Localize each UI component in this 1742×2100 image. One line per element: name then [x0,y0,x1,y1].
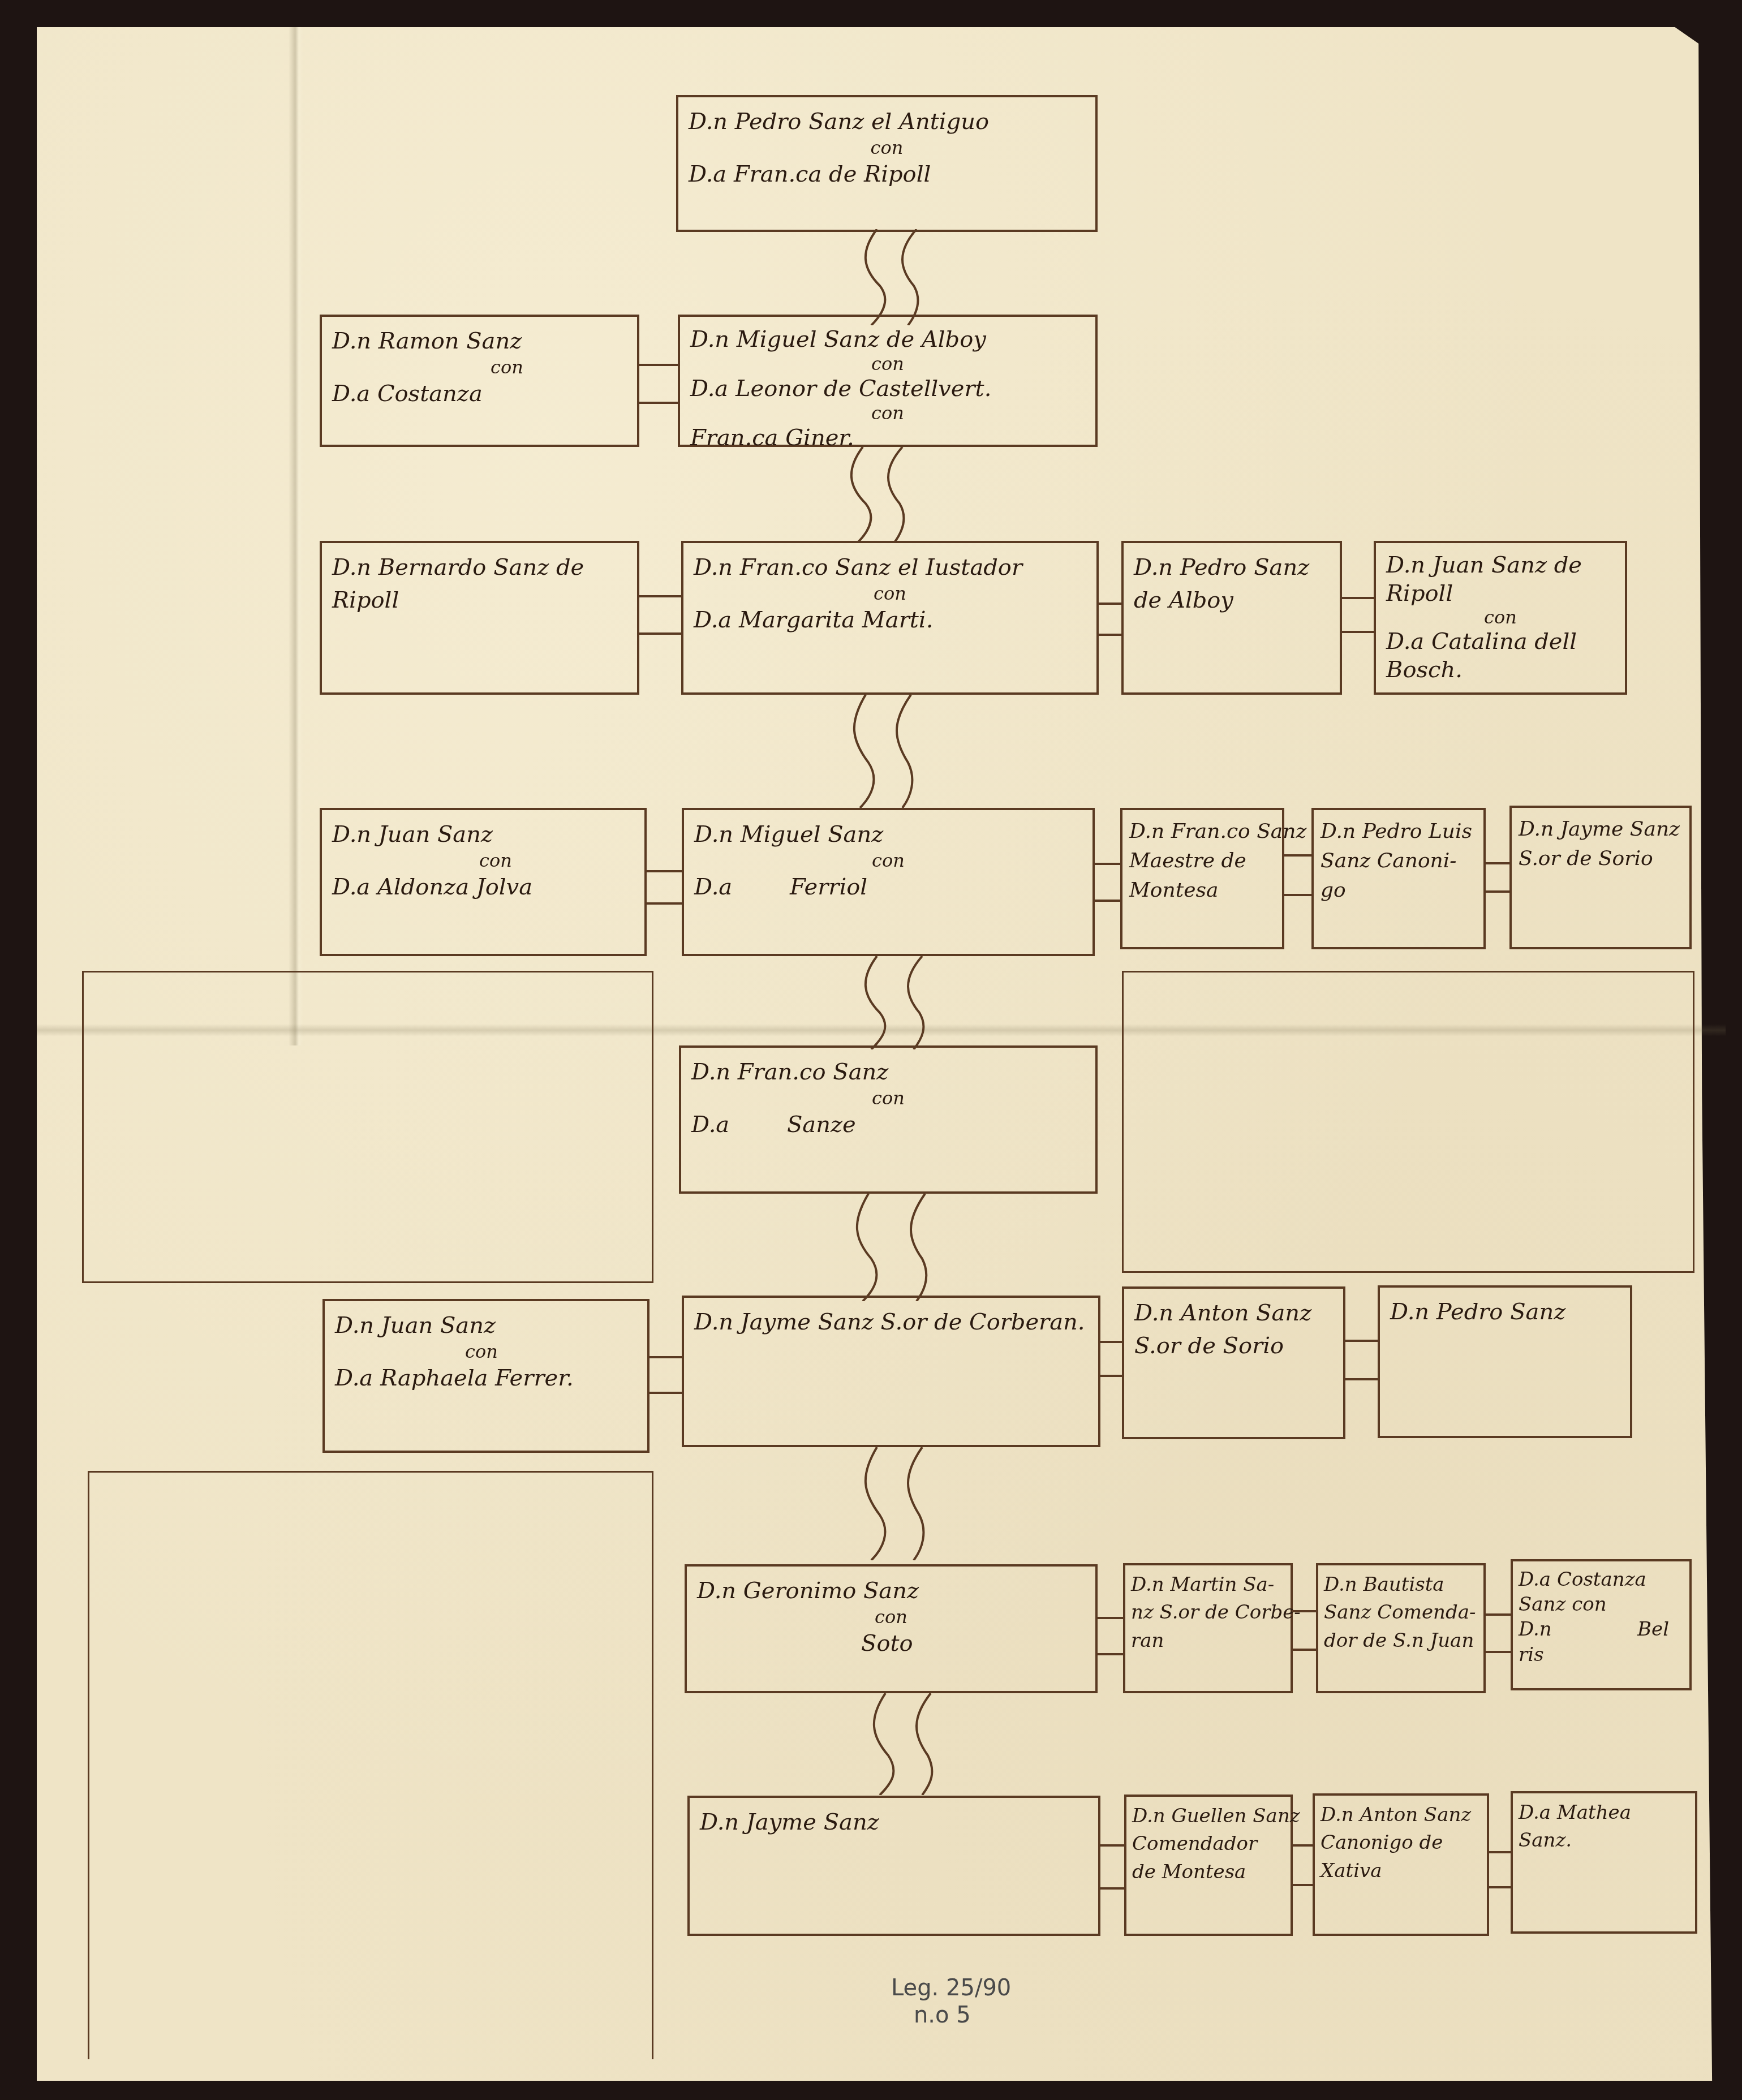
person-name: D.n Bautista [1324,1571,1478,1599]
archive-legajo: Leg. 25/90 [891,1974,1011,2002]
sibling-box-gen7-2: D.n Anton Sanz Canonigo de Xativa [1313,1793,1489,1936]
empty-box-left-gen4 [82,971,653,1283]
connector-line [1283,894,1311,896]
person-name: D.n Jayme Sanz [700,1806,1088,1839]
person-name: D.n Anton Sanz [1134,1297,1333,1329]
connector-line [1344,1340,1378,1342]
descent-link-icon [860,956,934,1049]
person-name-cont: Sanz. [1519,1827,1689,1854]
spouse-name: D.a Aldonza Jolva [332,871,634,903]
marriage-con: con [690,403,1085,423]
connector-line [1292,1884,1314,1886]
connector-line [1292,1610,1317,1612]
marriage-con: con [694,584,1086,604]
person-name: D.n Fran.co Sanz [691,1056,1085,1088]
connector-line [648,1392,682,1394]
marriage-con: con [332,358,627,377]
connector-line [1095,900,1121,902]
main-box-gen3: D.n Miguel Sanz con D.a Ferriol [682,808,1095,956]
sibling-box-gen3-2: D.n Pedro Luis Sanz Canoni- go [1311,808,1486,949]
connector-line [1099,1887,1125,1890]
connector-line [638,402,678,404]
sibling-box-gen6-1: D.n Martin Sa- nz S.or de Corbe- ran [1123,1563,1293,1693]
connector-line [1283,854,1311,857]
person-name: D.n Juan Sanz [335,1309,637,1342]
connector-line [1095,863,1121,865]
connector-line [1341,597,1374,599]
connector-line [1098,634,1123,636]
descent-link-icon [849,695,922,808]
connector-line [1488,1886,1512,1888]
sibling-box-gen5-2: D.n Pedro Sanz [1378,1285,1632,1438]
connector-line [1341,631,1374,633]
title: Canonigo de [1321,1829,1481,1857]
title-cont: de Montesa [1132,1858,1285,1886]
spouse-name-cont: ris [1519,1642,1684,1667]
left-box-gen2: D.n Bernardo Sanz de Ripoll [320,541,639,695]
connector-line [1485,890,1511,893]
vertical-fold-crease [289,27,303,1045]
person-name: D.a Mathea [1519,1799,1689,1827]
title-cont: Xativa [1321,1857,1481,1885]
sibling-box-gen6-2: D.n Bautista Sanz Comenda- dor de S.n Ju… [1316,1563,1486,1693]
marriage-con: con [690,354,1085,374]
person-name: D.n Juan Sanz de [1386,551,1615,579]
spouse-name: D.a Leonor de Castellvert. [690,374,1085,403]
person-name-cont: Ripoll [1386,579,1615,608]
person-name: D.n Martin Sa- [1131,1571,1285,1599]
connector-line [1485,862,1511,864]
person-name: D.n Guellen Sanz [1132,1802,1285,1830]
spouse-name: D.a Margarita Marti. [694,604,1086,636]
person-name: D.n Jayme Sanz [1519,815,1683,844]
descent-link-icon [860,229,928,325]
title-cont: Montesa [1129,876,1275,905]
title: S.or de Sorio [1519,844,1683,873]
person-name: D.n Pedro Sanz el Antiguo [689,105,1085,138]
marriage-con: con [689,138,1085,158]
sibling-box-gen7-3: D.a Mathea Sanz. [1511,1791,1697,1934]
marriage-con: con [332,851,634,871]
main-box-gen1: D.n Miguel Sanz de Alboy con D.a Leonor … [678,315,1098,447]
sibling-box-gen6-3: D.a Costanza Sanz con D.n Bel ris [1511,1559,1692,1690]
archive-number: n.o 5 [891,2002,1011,2029]
sibling-box-gen3-1: D.n Fran.co Sanz Maestre de Montesa [1120,808,1284,949]
sibling-box-gen5-1: D.n Anton Sanz S.or de Sorio [1122,1286,1345,1439]
connector-line [1488,1851,1512,1853]
spouse-name-cont: Bosch. [1386,656,1615,684]
spouse-name: D.a Raphaela Ferrer. [335,1362,637,1395]
left-box-gen3: D.n Juan Sanz con D.a Aldonza Jolva [320,808,647,956]
connector-line [1485,1613,1512,1616]
person-name: D.n Miguel Sanz de Alboy [690,325,1085,354]
main-box-gen5: D.n Jayme Sanz S.or de Corberan. [682,1296,1100,1447]
sibling-box-gen7-1: D.n Guellen Sanz Comendador de Montesa [1124,1795,1293,1936]
sibling-box-gen2-2: D.n Juan Sanz de Ripoll con D.a Catalina… [1374,541,1627,695]
person-name: D.n Ramon Sanz [332,325,627,358]
connector-line [1098,603,1123,605]
person-name: D.n Anton Sanz [1321,1801,1481,1829]
connector-line [1099,1341,1122,1343]
connector-line [638,632,681,635]
person-name: D.n Pedro Sanz [1134,551,1330,584]
connector-line [1292,1649,1317,1651]
main-box-gen7: D.n Jayme Sanz [687,1796,1100,1936]
title: Sanz Canoni- [1321,846,1477,876]
main-box-gen6: D.n Geronimo Sanz con Soto [685,1564,1098,1693]
marriage-con: con [697,1607,1085,1627]
title: Maestre de [1129,846,1275,876]
left-box-gen1: D.n Ramon Sanz con D.a Costanza [320,315,639,447]
spouse-name: D.a Sanze [691,1108,1085,1141]
marriage-con: con [694,851,1082,871]
descent-link-icon [846,447,914,543]
connector-line [1098,1653,1123,1655]
title-cont: go [1321,876,1477,905]
spouse-name: D.n Bel [1519,1617,1684,1642]
connector-line [646,870,682,872]
marriage-con: Sanz con [1519,1592,1684,1617]
person-name: D.n Pedro Sanz [1390,1296,1620,1328]
person-name: D.a Costanza [1519,1567,1684,1592]
spouse-name: D.a Costanza [332,377,627,410]
person-name: D.n Geronimo Sanz [697,1574,1085,1607]
descent-link-icon [851,1194,936,1301]
main-box-gen4: D.n Fran.co Sanz con D.a Sanze [679,1045,1098,1194]
connector-line [1099,1844,1125,1847]
connector-line [1099,1375,1122,1377]
main-box-gen2: D.n Fran.co Sanz el Iustador con D.a Mar… [681,541,1099,695]
marriage-con: con [1386,608,1615,627]
connector-line [1485,1651,1512,1653]
title: Comendador [1132,1830,1285,1858]
person-name: D.n Fran.co Sanz el Iustador [694,551,1086,584]
spouse-name: D.a Catalina dell [1386,627,1615,656]
person-name-cont: Ripoll [332,584,627,617]
connector-line [1292,1844,1314,1847]
descent-link-icon [868,1693,942,1795]
empty-box-right-gen4 [1122,971,1694,1273]
marriage-con: con [335,1342,637,1362]
title: S.or de Sorio [1134,1329,1333,1362]
person-name: D.n Pedro Luis [1321,817,1477,846]
empty-box-left-lower [88,1471,653,2059]
person-name: D.n Fran.co Sanz [1129,817,1275,846]
title-cont: ran [1131,1627,1285,1655]
spouse-name: Soto [697,1627,1085,1660]
main-box-gen0: D.n Pedro Sanz el Antiguo con D.a Fran.c… [676,95,1098,232]
marriage-con: con [691,1088,1085,1108]
spouse-name: D.a Fran.ca de Ripoll [689,158,1085,191]
person-name: D.n Miguel Sanz [694,818,1082,851]
person-name: D.n Juan Sanz [332,818,634,851]
spouse-name: D.a Ferriol [694,871,1082,903]
connector-line [1098,1617,1123,1619]
person-name-cont: de Alboy [1134,584,1330,617]
connector-line [638,595,681,597]
connector-line [638,364,678,366]
title-cont: dor de S.n Juan [1324,1627,1478,1655]
connector-line [646,902,682,905]
archive-reference-note: Leg. 25/90 n.o 5 [891,1974,1011,2029]
title: nz S.or de Corbe- [1131,1599,1285,1626]
sibling-box-gen2-1: D.n Pedro Sanz de Alboy [1121,541,1342,695]
person-name: D.n Bernardo Sanz de [332,551,627,584]
person-name: D.n Jayme Sanz S.or de Corberan. [694,1306,1088,1339]
connector-line [648,1356,682,1358]
descent-link-icon [860,1447,934,1560]
sibling-box-gen3-3: D.n Jayme Sanz S.or de Sorio [1509,806,1692,949]
title: Sanz Comenda- [1324,1599,1478,1626]
connector-line [1344,1378,1378,1380]
left-box-gen5: D.n Juan Sanz con D.a Raphaela Ferrer. [322,1299,650,1453]
